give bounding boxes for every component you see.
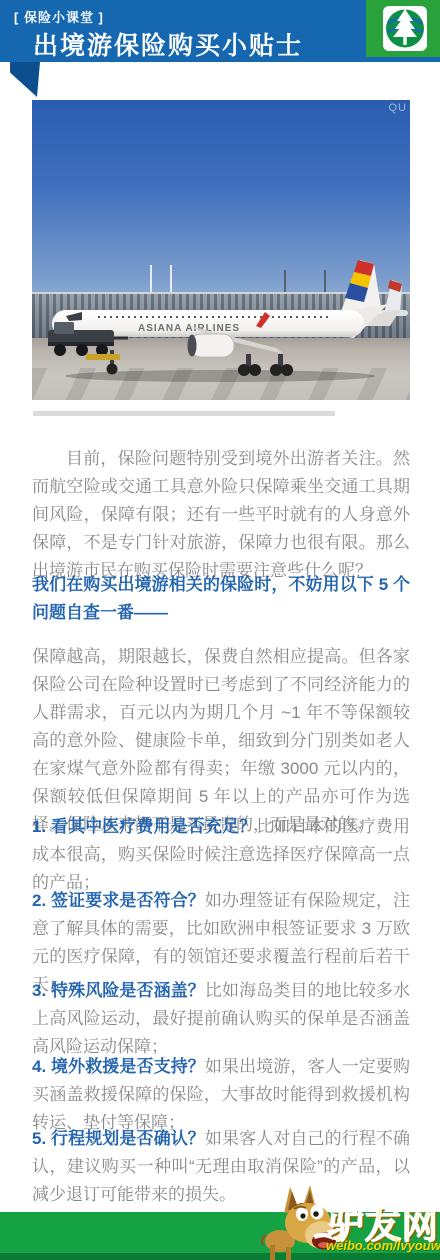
- photo-watermark: QU: [389, 102, 408, 114]
- airline-title: ASIANA AIRLINES: [138, 323, 240, 334]
- site-url: weibo.com/lvyouwang: [326, 1238, 440, 1253]
- checklist-item-1: 1. 看其中医疗费用是否充足？比如日本的医疗费用成本很高，购买保险时候注意选择医…: [32, 813, 410, 897]
- brand-logo: [366, 0, 440, 57]
- intro-paragraph: 目前，保险问题特别受到境外出游者关注。然而航空险或交通工具意外险只保障乘坐交通工…: [32, 445, 410, 585]
- page-title: 出境游保险购买小贴士: [33, 26, 303, 62]
- page: [ 保险小课堂 ] 出境游保险购买小贴士 QU: [0, 0, 440, 1260]
- header-tag: [ 保险小课堂 ]: [14, 7, 104, 26]
- item-lead: 4. 境外救援是否支持？: [32, 1057, 205, 1076]
- engine-icon: [188, 334, 235, 357]
- checklist-item-5: 5. 行程规划是否确认？如果客人对自己的行程不确认，建议购买一种叫“无理由取消保…: [32, 1125, 410, 1209]
- footer-band-shadow: [0, 1253, 440, 1260]
- tail-fin-icon: [340, 260, 382, 314]
- checklist-item-3: 3. 特殊风险是否涵盖？比如海岛类目的地比较多水上高风险运动，最好提前确认购买的…: [32, 977, 410, 1061]
- item-lead: 2. 签证要求是否符合？: [32, 891, 205, 910]
- item-lead: 5. 行程规划是否确认？: [32, 1129, 205, 1148]
- airport-photo: QU: [32, 100, 410, 400]
- item-lead: 3. 特殊风险是否涵盖？: [32, 981, 205, 1000]
- tow-tug-icon: [44, 318, 128, 362]
- banner-tail-shape: [10, 62, 40, 97]
- item-lead: 1. 看其中医疗费用是否充足？: [32, 817, 256, 836]
- photo-caption-divider: [33, 411, 335, 416]
- tree-logo-icon: [366, 0, 440, 57]
- highlight-heading: 我们在购买出境游相关的保险时，不妨用以下 5 个问题自查一番——: [32, 571, 410, 627]
- body-paragraph: 保障越高，期限越长，保费自然相应提高。但各家保险公司在险种设置时已考虑到了不同经…: [32, 643, 410, 839]
